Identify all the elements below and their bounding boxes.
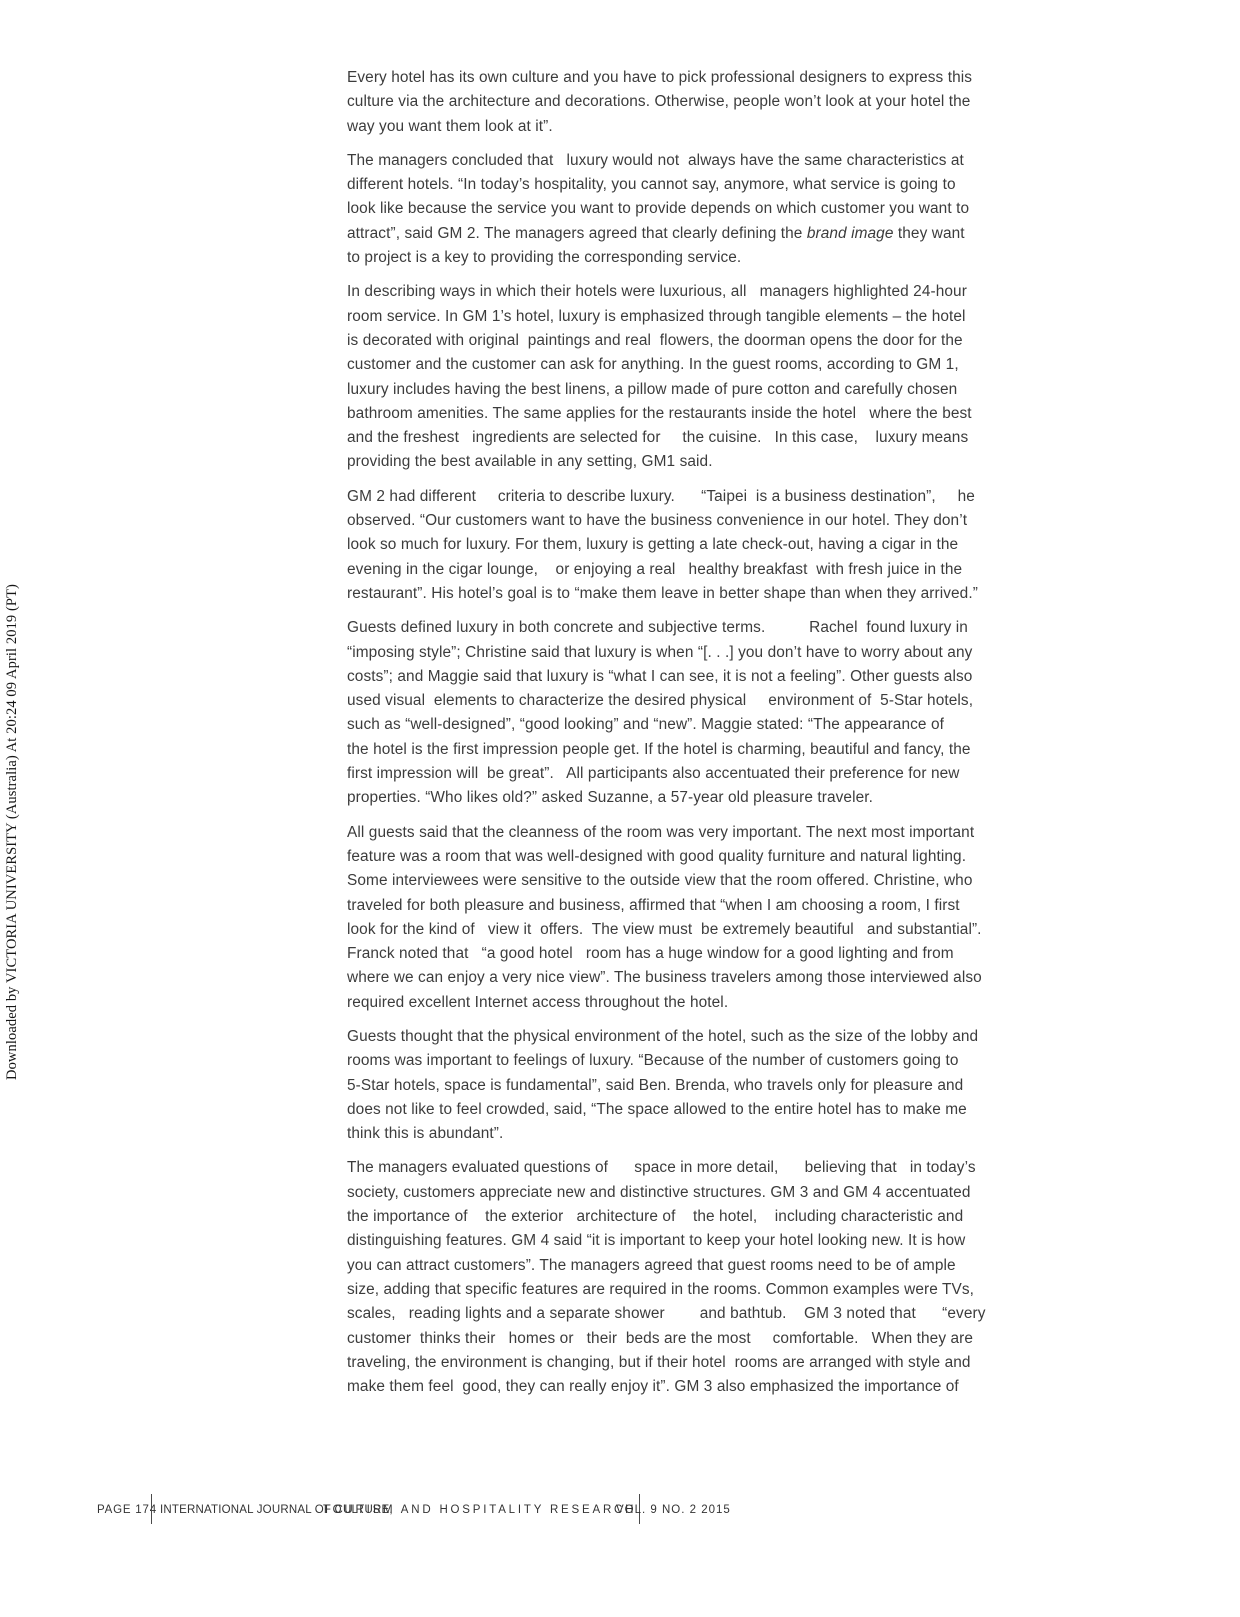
- paragraph-2-italic-term: brand image: [807, 225, 894, 242]
- article-body: Every hotel has its own culture and you …: [347, 66, 1167, 1409]
- paragraph-5: Guests defined luxury in both concrete a…: [347, 616, 1167, 810]
- footer-page-number: PAGE 174: [97, 1504, 157, 1516]
- paragraph-1: Every hotel has its own culture and you …: [347, 66, 1167, 139]
- footer-volume-issue: VOL. 9 NO. 2 2015: [616, 1504, 731, 1516]
- footer-divider-1: [151, 1494, 152, 1524]
- journal-page: Downloaded by VICTORIA UNIVERSITY (Austr…: [0, 0, 1240, 1617]
- page-footer: PAGE 174 INTERNATIONAL JOURNAL OF CULTUR…: [0, 1504, 1240, 1538]
- paragraph-6: All guests said that the cleanness of th…: [347, 821, 1167, 1015]
- footer-journal-name-part2: TOURISM AND HOSPITALITY RESEARCH: [323, 1504, 636, 1516]
- paragraph-4: GM 2 had different criteria to describe …: [347, 485, 1167, 606]
- download-watermark: Downloaded by VICTORIA UNIVERSITY (Austr…: [4, 584, 21, 1080]
- paragraph-7: Guests thought that the physical environ…: [347, 1025, 1167, 1146]
- paragraph-2: The managers concluded that luxury would…: [347, 149, 1167, 270]
- paragraph-3: In describing ways in which their hotels…: [347, 280, 1167, 474]
- paragraph-8: The managers evaluated questions of spac…: [347, 1156, 1167, 1399]
